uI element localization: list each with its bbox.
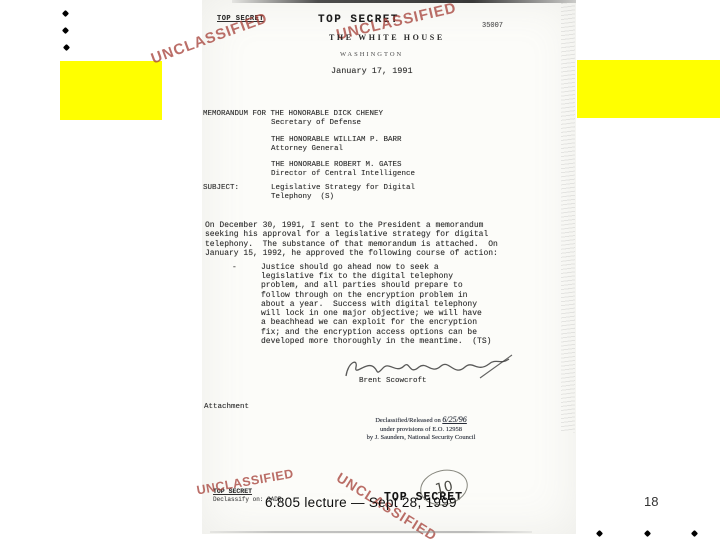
bullet-dot — [644, 530, 651, 537]
memo-to-title: Secretary of Defense — [271, 119, 361, 127]
bullet-dash: - — [232, 263, 237, 272]
bullet-line: problem, and all parties should prepare … — [261, 281, 463, 290]
bullet-dot — [62, 27, 69, 34]
bullet-dot — [62, 10, 69, 17]
declassification-stamp: Declassified/Released on 6/25/96 under p… — [337, 416, 505, 443]
presentation-slide: TOP SECRET UNCLASSIFIED TOP SECRET UNCLA… — [0, 0, 720, 540]
memo-to-line: MEMORANDUM FOR THE HONORABLE DICK CHENEY — [203, 110, 383, 118]
memo-addressee2-title: Attorney General — [271, 145, 343, 153]
declass-line1: Declassified/Released on 6/25/96 — [337, 416, 505, 426]
bullet-line: a beachhead we can exploit for the encry… — [261, 318, 477, 327]
letterhead-washington: WASHINGTON — [340, 51, 403, 58]
yellow-highlight-right — [577, 60, 720, 118]
bullet-dot — [596, 530, 603, 537]
declass-line3: by J. Saunders, National Security Counci… — [337, 434, 505, 443]
slide-caption: 6.805 lecture — Sept 28, 1999 — [265, 495, 457, 510]
memo-addressee2: THE HONORABLE WILLIAM P. BARR — [271, 136, 402, 144]
body-line: On December 30, 1991, I sent to the Pres… — [205, 221, 483, 230]
bullet-dot — [691, 530, 698, 537]
subject-line2: Telephony (S) — [271, 193, 334, 201]
scan-bottom-edge — [210, 531, 532, 533]
bullet-line: will lock in one major objective; we wil… — [261, 309, 482, 318]
document-control-number: 35007 — [482, 22, 503, 30]
declass-line1-prefix: Declassified/Released on — [375, 417, 441, 424]
yellow-highlight-left — [60, 61, 162, 120]
bullet-line: legislative fix to the digital telephony — [261, 272, 453, 281]
body-line: January 15, 1992, he approved the follow… — [205, 249, 498, 258]
bullet-dot — [63, 44, 70, 51]
bullet-line: fix; and the encryption access options c… — [261, 328, 477, 337]
memo-addressee3: THE HONORABLE ROBERT M. GATES — [271, 161, 402, 169]
memo-addressee3-title: Director of Central Intelligence — [271, 170, 415, 178]
bullet-line: about a year. Success with digital telep… — [261, 300, 477, 309]
scan-edge-artifact — [232, 0, 576, 3]
attachment-label: Attachment — [204, 403, 249, 411]
scan-noise-band — [561, 3, 575, 433]
slide-page-number: 18 — [644, 494, 658, 509]
body-line: seeking his approval for a legislative s… — [205, 230, 488, 239]
letterhead-white-house: THE WHITE HOUSE — [329, 33, 445, 42]
subject-line1: Legislative Strategy for Digital — [271, 184, 415, 192]
declass-line2: under provisions of E.O. 12958 — [337, 426, 505, 435]
declass-release-date: 6/25/96 — [442, 415, 466, 424]
document-date: January 17, 1991 — [331, 66, 413, 76]
bullet-line: developed more thoroughly in the meantim… — [261, 337, 491, 346]
bullet-line: Justice should go ahead now to seek a — [261, 263, 439, 272]
bullet-line: follow through on the encryption problem… — [261, 291, 467, 300]
body-line: telephony. The substance of that memoran… — [205, 240, 498, 249]
subject-label: SUBJECT: — [203, 184, 239, 192]
signature-typed-name: Brent Scowcroft — [359, 377, 427, 385]
